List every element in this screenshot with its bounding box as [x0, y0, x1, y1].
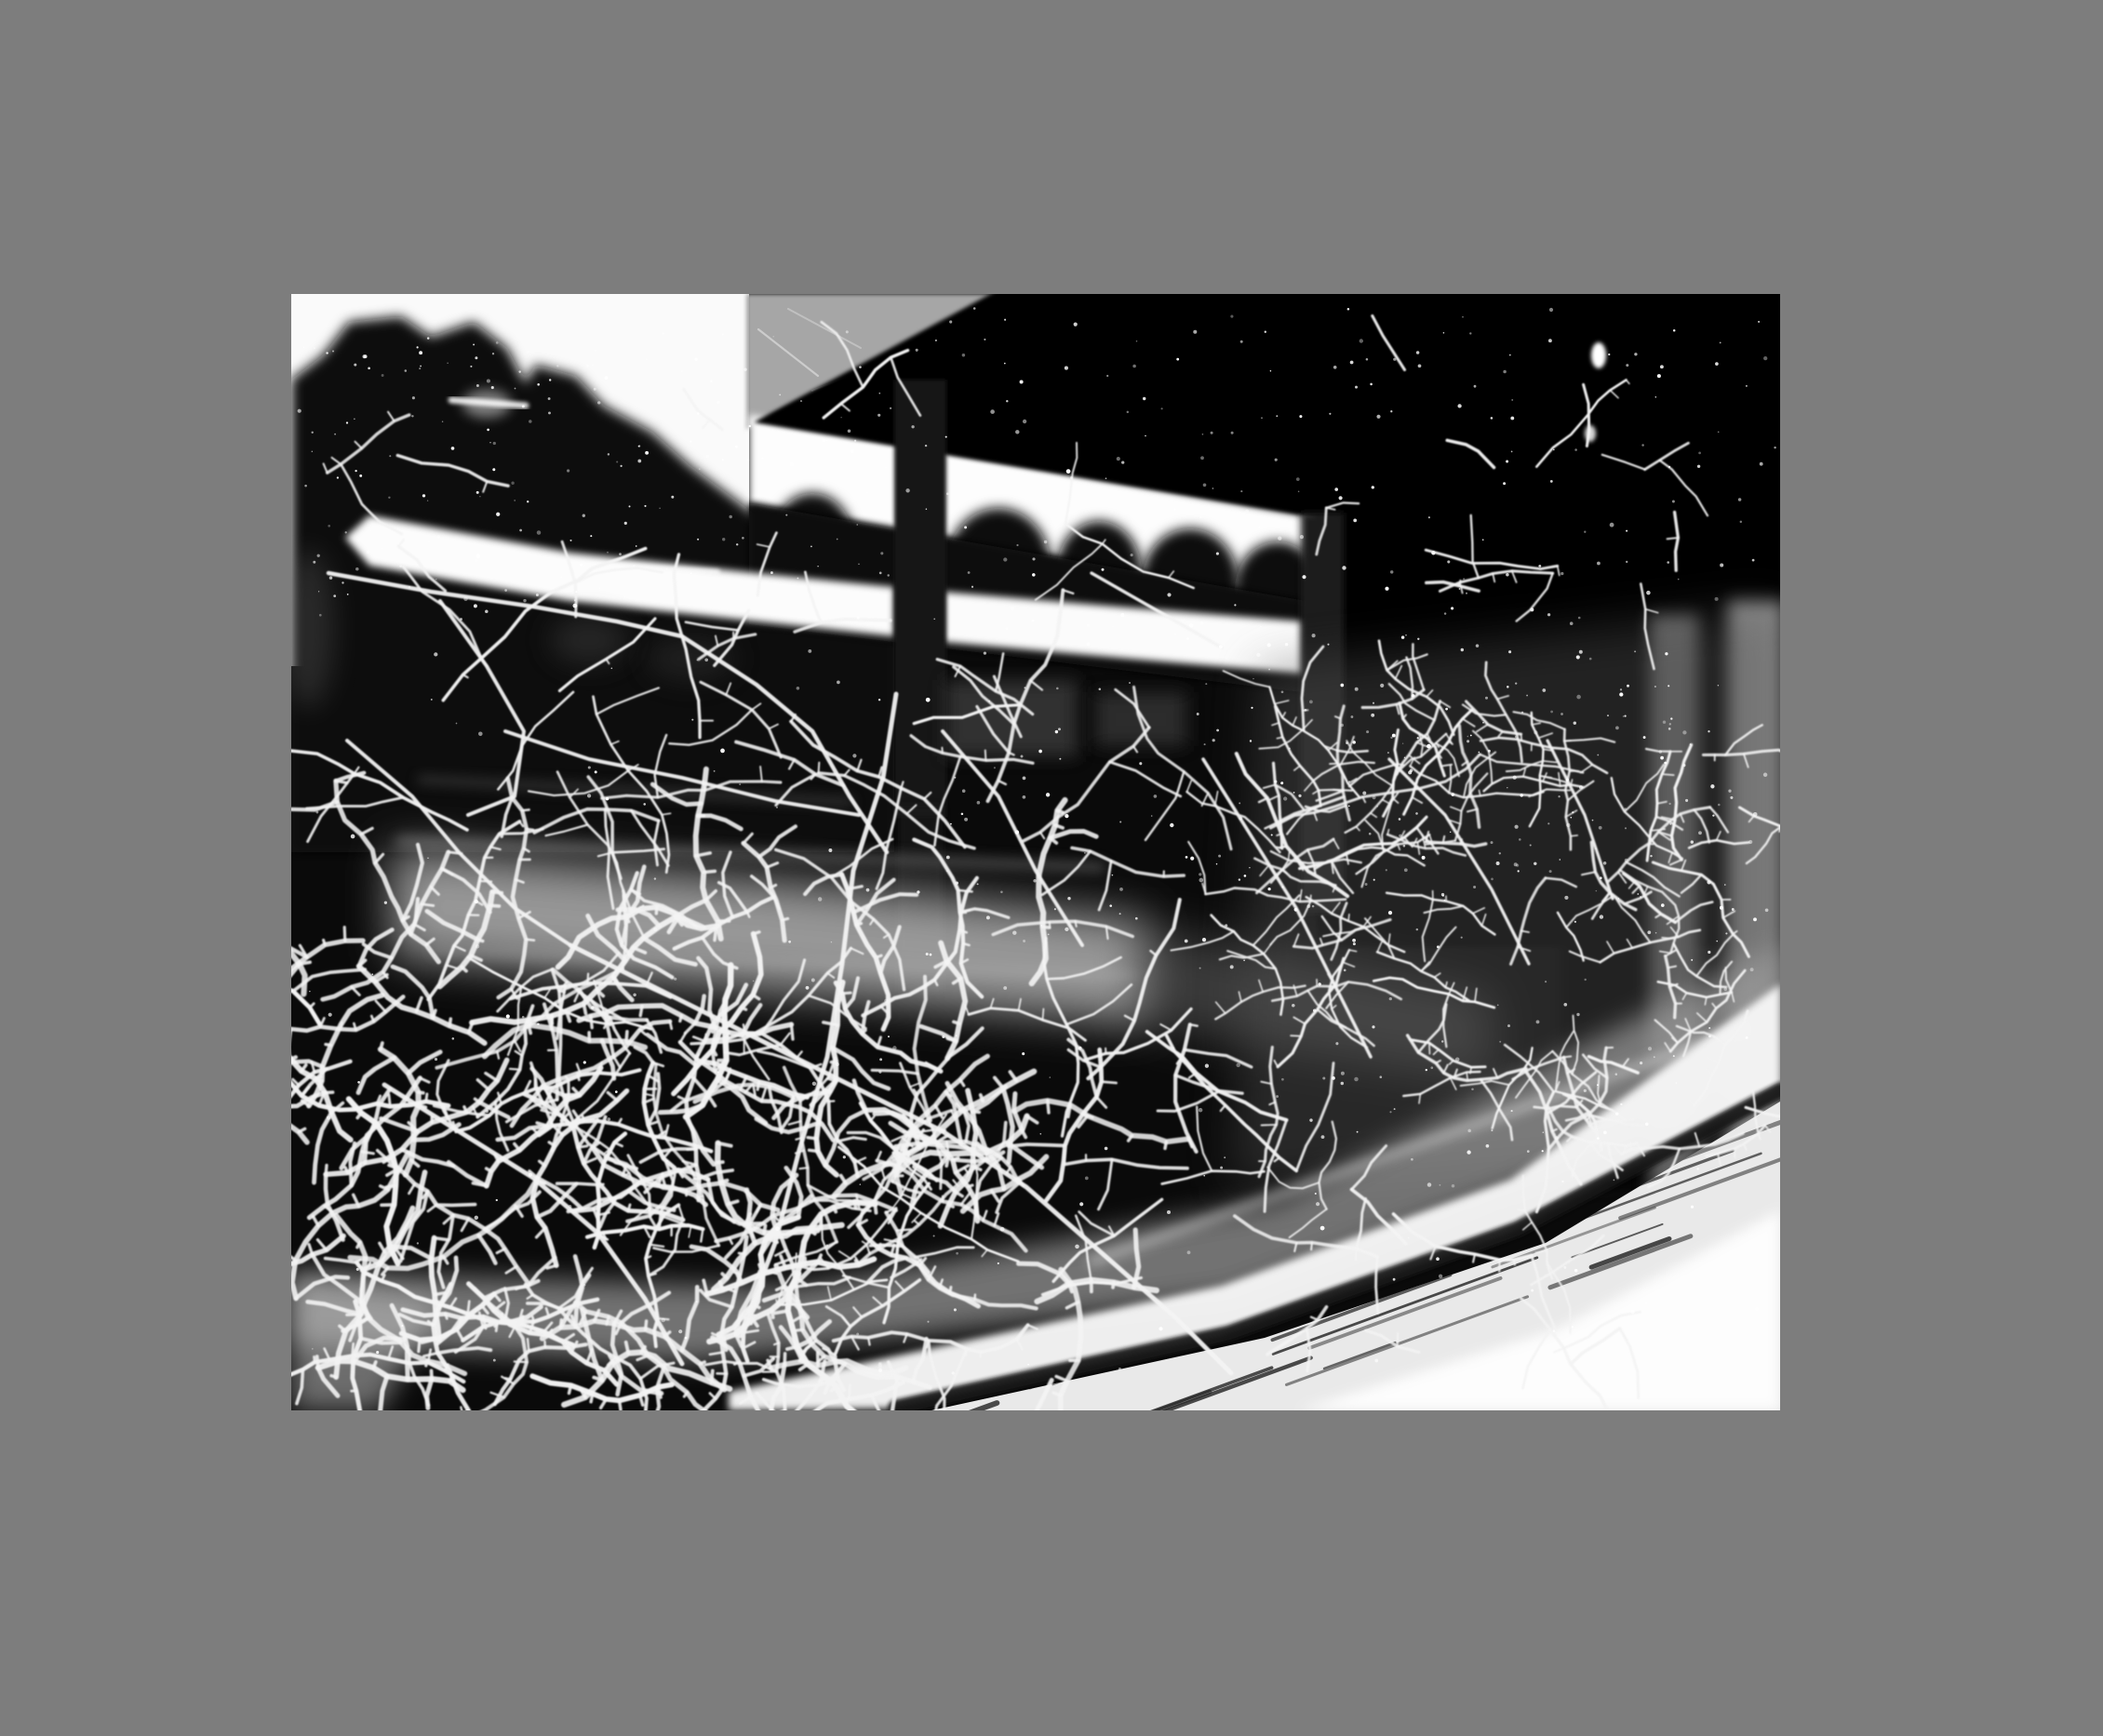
photo-svg: [291, 294, 1780, 1410]
cracked-window-photograph: [291, 294, 1780, 1410]
page-background: [0, 0, 2103, 1736]
